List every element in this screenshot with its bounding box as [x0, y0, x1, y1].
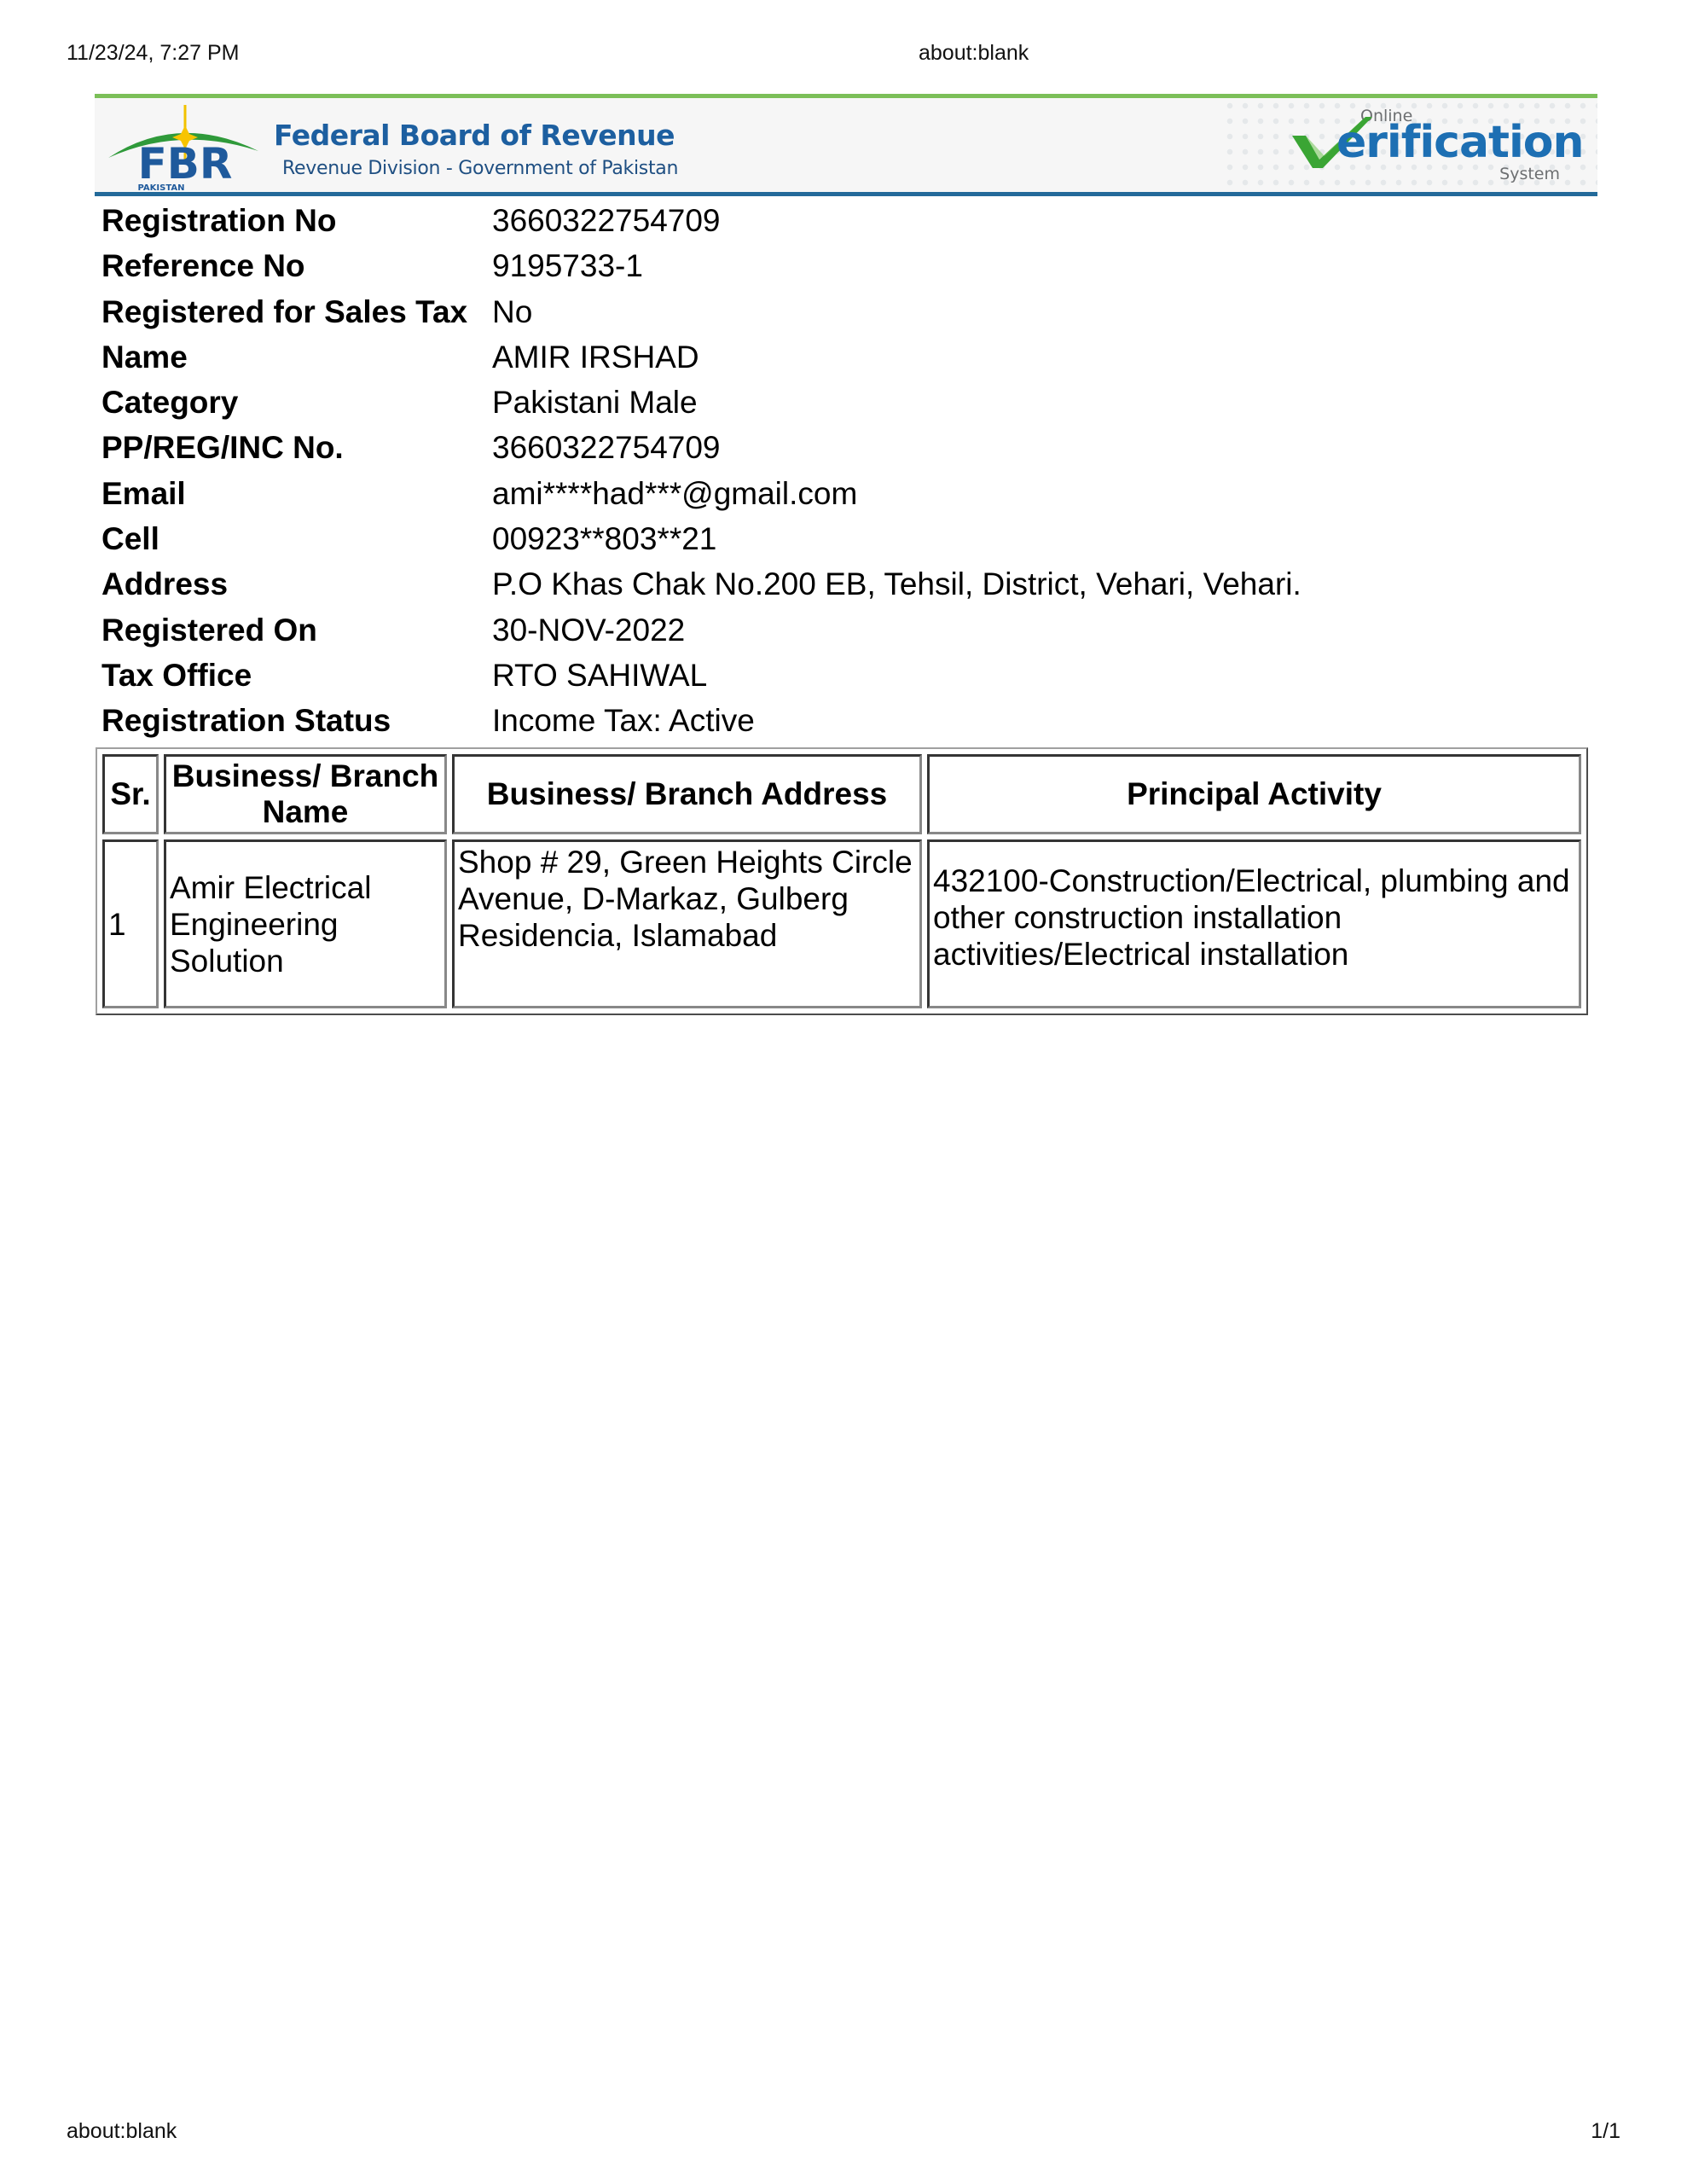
- cell-branch-name: Amir Electrical Engineering Solution: [164, 839, 447, 1008]
- svg-text:FBR: FBR: [138, 139, 233, 189]
- table-row: 1 Amir Electrical Engineering Solution S…: [102, 839, 1581, 1008]
- detail-row-tax-office: Tax Office RTO SAHIWAL: [101, 653, 1301, 698]
- banner-subtitle: Revenue Division - Government of Pakista…: [282, 158, 678, 179]
- cell-principal-activity: 432100-Construction/Electrical, plumbing…: [927, 839, 1581, 1008]
- detail-row-name: Name AMIR IRSHAD: [101, 334, 1301, 380]
- print-footer-page-number: 1/1: [1591, 2119, 1620, 2144]
- cell-branch-address: Shop # 29, Green Heights Circle Avenue, …: [452, 839, 922, 1008]
- detail-label: Registered On: [101, 607, 492, 653]
- detail-row-email: Email ami****had***@gmail.com: [101, 471, 1301, 516]
- detail-value: 9195733-1: [492, 243, 643, 288]
- cell-sr: 1: [102, 839, 159, 1008]
- column-header-branch-address: Business/ Branch Address: [452, 754, 922, 834]
- detail-row-reference-no: Reference No 9195733-1: [101, 243, 1301, 288]
- detail-row-registration-status: Registration Status Income Tax: Active: [101, 698, 1301, 743]
- detail-value: Pakistani Male: [492, 380, 698, 425]
- fbr-logo-icon: FBR PAKISTAN: [101, 103, 272, 192]
- detail-label: Name: [101, 334, 492, 380]
- detail-row-category: Category Pakistani Male: [101, 380, 1301, 425]
- detail-label: Address: [101, 561, 492, 607]
- fbr-banner: FBR PAKISTAN Federal Board of Revenue Re…: [95, 94, 1597, 196]
- detail-value: 30-NOV-2022: [492, 607, 685, 653]
- detail-label: Registered for Sales Tax: [101, 289, 492, 334]
- print-header-datetime: 11/23/24, 7:27 PM: [67, 41, 239, 66]
- branch-table: Sr. Business/ Branch Name Business/ Bran…: [96, 747, 1588, 1015]
- print-header-url: about:blank: [919, 41, 1029, 66]
- detail-label: Email: [101, 471, 492, 516]
- detail-value: P.O Khas Chak No.200 EB, Tehsil, Distric…: [492, 561, 1301, 607]
- detail-label: Cell: [101, 516, 492, 561]
- column-header-branch-name: Business/ Branch Name: [164, 754, 447, 834]
- detail-label: Tax Office: [101, 653, 492, 698]
- detail-label: Registration No: [101, 198, 492, 243]
- detail-label: PP/REG/INC No.: [101, 425, 492, 470]
- detail-value: 3660322754709: [492, 425, 721, 470]
- detail-value: RTO SAHIWAL: [492, 653, 707, 698]
- column-header-sr: Sr.: [102, 754, 159, 834]
- print-footer-url: about:blank: [67, 2119, 177, 2144]
- detail-row-sales-tax: Registered for Sales Tax No: [101, 289, 1301, 334]
- table-header-row: Sr. Business/ Branch Name Business/ Bran…: [102, 754, 1581, 834]
- ovs-system-text: System: [1499, 165, 1560, 183]
- detail-label: Category: [101, 380, 492, 425]
- detail-row-registered-on: Registered On 30-NOV-2022: [101, 607, 1301, 653]
- detail-value: 00923**803**21: [492, 516, 716, 561]
- svg-text:PAKISTAN: PAKISTAN: [138, 183, 185, 192]
- detail-label: Reference No: [101, 243, 492, 288]
- registration-details: Registration No 3660322754709 Reference …: [101, 198, 1301, 744]
- detail-row-address: Address P.O Khas Chak No.200 EB, Tehsil,…: [101, 561, 1301, 607]
- detail-row-cell: Cell 00923**803**21: [101, 516, 1301, 561]
- detail-value: 3660322754709: [492, 198, 721, 243]
- detail-value: AMIR IRSHAD: [492, 334, 699, 380]
- banner-title: Federal Board of Revenue: [274, 119, 675, 152]
- detail-value: ami****had***@gmail.com: [492, 471, 857, 516]
- ovs-verification-text: erification: [1336, 117, 1584, 168]
- column-header-principal-activity: Principal Activity: [927, 754, 1581, 834]
- detail-row-registration-no: Registration No 3660322754709: [101, 198, 1301, 243]
- detail-label: Registration Status: [101, 698, 492, 743]
- detail-value: No: [492, 289, 532, 334]
- online-verification-logo: Online erification System: [1290, 105, 1563, 190]
- detail-value: Income Tax: Active: [492, 698, 755, 743]
- detail-row-pp-reg-inc: PP/REG/INC No. 3660322754709: [101, 425, 1301, 470]
